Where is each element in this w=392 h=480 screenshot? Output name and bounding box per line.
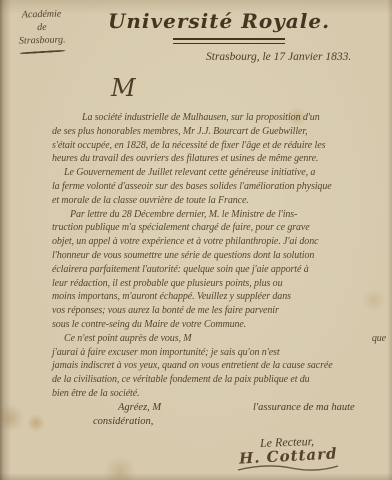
stamp-flourish: [20, 50, 66, 55]
body-line: de la civilisation, ce véritable fondeme…: [52, 373, 386, 387]
dateline: Strasbourg, le 17 Janvier 1833.: [206, 51, 351, 63]
body-line: j'aurai à faire excuser mon importunité;…: [52, 346, 386, 360]
body-line: objet, un appel à votre expérience et à …: [52, 235, 386, 249]
body-line: de ses plus honorables membres, Mr J.J. …: [52, 125, 386, 139]
signature-flourish-stroke: [236, 461, 340, 475]
body-line: l'honneur de vous soumettre une série de…: [52, 249, 386, 263]
body-line: bien être de la société.: [52, 387, 386, 401]
body-line: Le Gouvernement de Juillet relevant cett…: [52, 166, 386, 180]
closing-assurance: l'assurance de ma haute: [253, 402, 355, 413]
body-line: et morale de la classe ouvrière de toute…: [52, 194, 386, 208]
salutation: M: [111, 74, 136, 102]
letterhead-underline: [173, 38, 285, 44]
gap-line-right: que: [372, 332, 386, 346]
body-line: la ferme volonté d'asseoir sur des bases…: [52, 180, 386, 194]
letterhead-title: Université Royale.: [0, 9, 392, 33]
body-line: s'était occupée, en 1828, de la nécessit…: [52, 139, 386, 153]
closing-agreez: Agréez, M: [118, 402, 161, 413]
letter-body: La société industrielle de Mulhausen, su…: [52, 111, 386, 401]
closing-consideration: considération,: [93, 416, 153, 427]
letter-page: Académie de Strasbourg. Université Royal…: [0, 0, 392, 480]
body-line: vos réponses; vous aurez la bonté de me …: [52, 304, 386, 318]
gap-line-left: Ce n'est point auprès de vous, M: [64, 332, 192, 346]
body-line: leur rédaction, il est probable que plus…: [52, 277, 386, 291]
body-line: sous le contre-seing du Maire de votre C…: [52, 318, 386, 332]
body-line: éclairera parfaitement l'autorité: quelq…: [52, 263, 386, 277]
body-line: jamais indiscret à vos yeux, quand on vo…: [52, 359, 386, 373]
body-line: La société industrielle de Mulhausen, su…: [52, 111, 386, 125]
body-line: truction publique m'a spécialement charg…: [52, 221, 386, 235]
body-line: Par lettre du 28 Décembre dernier, M. le…: [52, 208, 386, 222]
stamp-line-3: Strasbourg.: [5, 33, 79, 48]
body-line-with-blank: Ce n'est point auprès de vous, M que: [52, 332, 386, 346]
body-line: heures du travail des ouvriers des filat…: [52, 152, 386, 166]
body-line: moins importans, m'auront échappé. Veuil…: [52, 290, 386, 304]
